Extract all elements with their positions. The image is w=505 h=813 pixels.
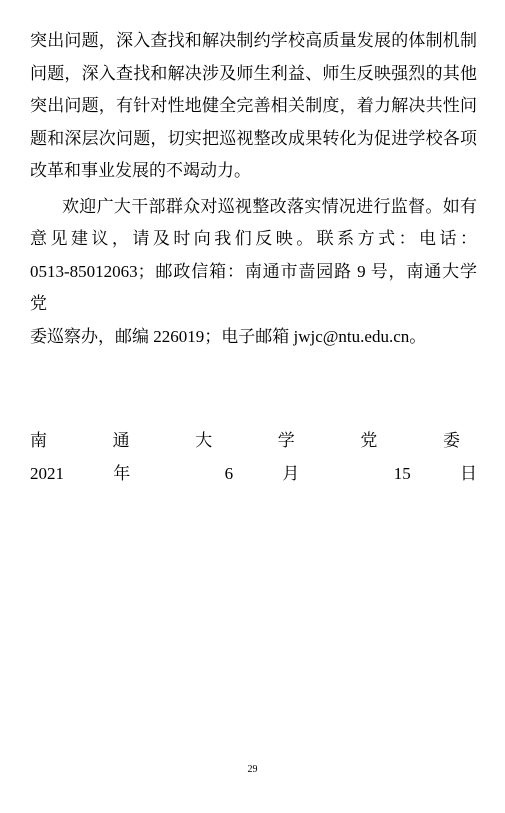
text-line: 0513-85012063；邮政信箱：南通市啬园路 9 号，南通大学党 [30, 256, 477, 321]
text-line: 突出问题，有针对性地健全完善相关制度，着力解决共性问 [30, 90, 477, 123]
document-content: 突出问题，深入查找和解决制约学校高质量发展的体制机制问题，深入查找和解决涉及师生… [30, 25, 477, 490]
text-line: 改革和事业发展的不竭动力。 [30, 155, 477, 188]
paragraph: 欢迎广大干部群众对巡视整改落实情况进行监督。如有意见建议，请及时向我们反映。联系… [30, 191, 477, 354]
signature: 南通大学党委 [30, 425, 477, 458]
page-number: 29 [0, 764, 505, 776]
text-line: 问题，深入查找和解决涉及师生利益、师生反映强烈的其他 [30, 58, 477, 91]
signature-block: 南通大学党委 2021 年 6 月 15 日 [30, 425, 477, 490]
text-line: 意见建议，请及时向我们反映。联系方式：电话： [30, 223, 477, 256]
text-line: 题和深层次问题，切实把巡视整改成果转化为促进学校各项 [30, 123, 477, 156]
date: 2021 年 6 月 15 日 [30, 458, 477, 491]
text-line: 突出问题，深入查找和解决制约学校高质量发展的体制机制 [30, 25, 477, 58]
text-line: 欢迎广大干部群众对巡视整改落实情况进行监督。如有 [30, 191, 477, 224]
text-line: 委巡察办，邮编 226019；电子邮箱 jwjc@ntu.edu.cn。 [30, 321, 477, 354]
body-text: 突出问题，深入查找和解决制约学校高质量发展的体制机制问题，深入查找和解决涉及师生… [30, 25, 477, 353]
paragraph: 突出问题，深入查找和解决制约学校高质量发展的体制机制问题，深入查找和解决涉及师生… [30, 25, 477, 188]
document-page: 突出问题，深入查找和解决制约学校高质量发展的体制机制问题，深入查找和解决涉及师生… [0, 0, 505, 813]
